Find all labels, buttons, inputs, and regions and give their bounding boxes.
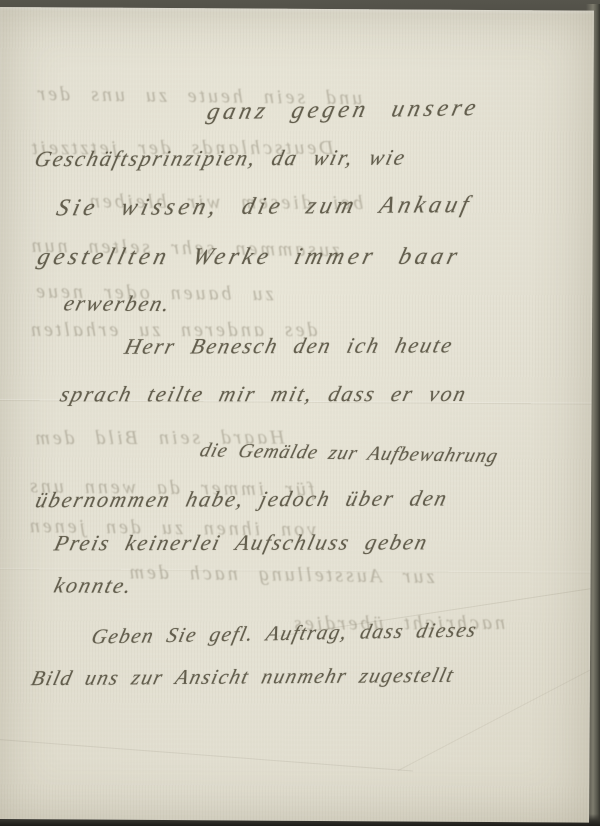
handwriting-line: Preis keinerlei Aufschluss geben (52, 529, 432, 556)
handwriting-line: ganz gegen unsere (204, 95, 482, 126)
handwriting-line: Bild uns zur Ansicht nunmehr zugestellt (29, 663, 457, 691)
handwriting-line: die Gemälde zur Aufbewahrung (197, 439, 501, 468)
letter-paper: und sein heute zu uns der Deutschlands d… (0, 7, 594, 823)
bleedthrough-line: zur Ausstellung nach dem (126, 561, 434, 589)
handwriting-line: Geschäftsprinzipien, da wir, wie (32, 145, 409, 173)
handwriting-line: Sie wissen, die zum Ankauf (54, 192, 475, 222)
handwriting-line: erwerben. (61, 290, 174, 317)
handwriting-line: gestellten Werke immer baar (34, 244, 463, 271)
handwriting-line: übernommen habe, jedoch über den (33, 485, 451, 513)
paper-crease-diagonal (0, 738, 413, 772)
handwriting-line: Geben Sie gefl. Auftrag, dass dieses (89, 617, 480, 649)
handwriting-line: sprach teilte mir mit, dass er von (58, 381, 471, 407)
handwriting-line: Herr Benesch den ich heute (122, 332, 457, 359)
handwriting-line: konnte. (51, 572, 136, 598)
